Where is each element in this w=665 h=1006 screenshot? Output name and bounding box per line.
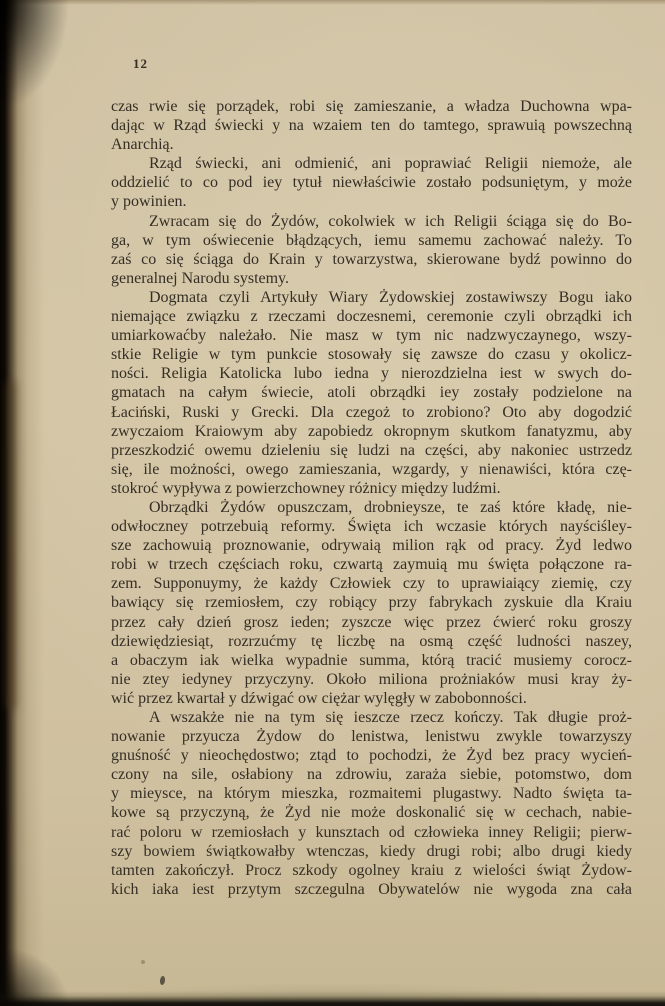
text-line: stokroć wypływa z powierzchowney różnicy… (111, 479, 632, 498)
text-line: ga, w tym oświecenie błądzących, iemu sa… (111, 231, 632, 250)
text-line: stkie Religie w tym punkcie stosowały si… (111, 345, 632, 364)
book-page-scan: 12 czas rwie się porządek, robi się zami… (0, 0, 665, 1006)
page-top-edge-shadow (0, 0, 665, 5)
ink-speck (141, 960, 145, 964)
text-line: Zwracam się do Żydów, cokolwiek w ich Re… (111, 212, 632, 231)
corner-shadow-top-left (0, 0, 70, 110)
text-line: Obrządki Żydów opuszczam, drobnieysze, t… (111, 498, 632, 517)
text-line: rać poloru w rzemiosłach y kunsztach od … (111, 823, 632, 842)
text-line: A wszakże nie na tym się ieszcze rzecz k… (111, 708, 632, 727)
text-line: nie ztey iedyney przyczyny. Około milion… (111, 670, 632, 689)
text-line: kich iaka iest przytym szczegulna Obywat… (111, 880, 632, 899)
text-line: bawiący się rzemiosłem, czy robiący przy… (111, 593, 632, 612)
text-line: y mieysce, na którym mieszka, rozmaitemi… (111, 784, 632, 803)
page-number: 12 (133, 56, 148, 72)
text-line: umiarkowaćby należało. Nie masz w tym ni… (111, 326, 632, 345)
page-text-block: czas rwie się porządek, robi się zamiesz… (111, 97, 632, 899)
page-bottom-edge-shadow (0, 991, 665, 1006)
text-line: a obaczym iak wielka wypadnie summa, któ… (111, 651, 632, 670)
text-line: się, ile możności, owego zamieszania, wz… (111, 460, 632, 479)
text-line: zem. Supponuymy, że każdy Człowiek czy t… (111, 574, 632, 593)
text-line: sze zachowuią proznowanie, odrywaią mili… (111, 536, 632, 555)
text-line: zaś co się ściąga do Krain y towarzystwa… (111, 250, 632, 269)
text-line: szy bowiem świątkowałby wtenczas, kiedy … (111, 842, 632, 861)
text-line: oddzielić to co pod iey tytuł niewłaściw… (111, 173, 632, 192)
text-line: Dogmata czyli Artykuły Wiary Żydowskiej … (111, 288, 632, 307)
text-line: Rząd świecki, ani odmienić, ani poprawia… (111, 154, 632, 173)
text-line: ności. Religia Katolicka lubo iedna y ni… (111, 364, 632, 383)
corner-shadow-bottom-left (0, 946, 70, 1006)
text-line: niemające związku z rzeczami doczesnemi,… (111, 307, 632, 326)
text-line: y powinien. (111, 192, 632, 211)
text-line: wić przez kwartał y dźwigać ow ciężar wy… (111, 689, 632, 708)
text-line: czas rwie się porządek, robi się zamiesz… (111, 97, 632, 116)
text-line: czony na sile, osłabiony na zdrowiu, zar… (111, 765, 632, 784)
text-line: gnuśność y nieochędostwo; ztąd to pochod… (111, 746, 632, 765)
text-line: dziewiędziesiąt, rozrzućmy tę liczbę na … (111, 632, 632, 651)
text-line: kowe są przyczyną, że Żyd nie może dosko… (111, 803, 632, 822)
text-line: zwyczaiom Kraiowym aby zapobiedz okropny… (111, 422, 632, 441)
text-line: przez cały dzień grosz ieden; zyszcze wi… (111, 613, 632, 632)
text-line: gmatach na całym świecie, atoli obrządki… (111, 383, 632, 402)
text-line: generalnej Narodu systemy. (111, 269, 632, 288)
text-line: odwłoczney potrzebuią reformy. Święta ic… (111, 517, 632, 536)
text-line: Anarchią. (111, 135, 632, 154)
binding-smudge (5, 380, 17, 710)
text-line: nowanie przyucza Żydow do lenistwa, leni… (111, 727, 632, 746)
text-line: tamten zakończył. Procz szkody ogolney k… (111, 861, 632, 880)
text-line: robi w trzech częściach roku, czwartą za… (111, 555, 632, 574)
text-line: przeszkodzić owemu dzieleniu się ludzi n… (111, 441, 632, 460)
text-line: Łaciński, Ruski y Grecki. Dla czegoż to … (111, 403, 632, 422)
text-line: dając w Rząd świecki y na wzaiem ten do … (111, 116, 632, 135)
